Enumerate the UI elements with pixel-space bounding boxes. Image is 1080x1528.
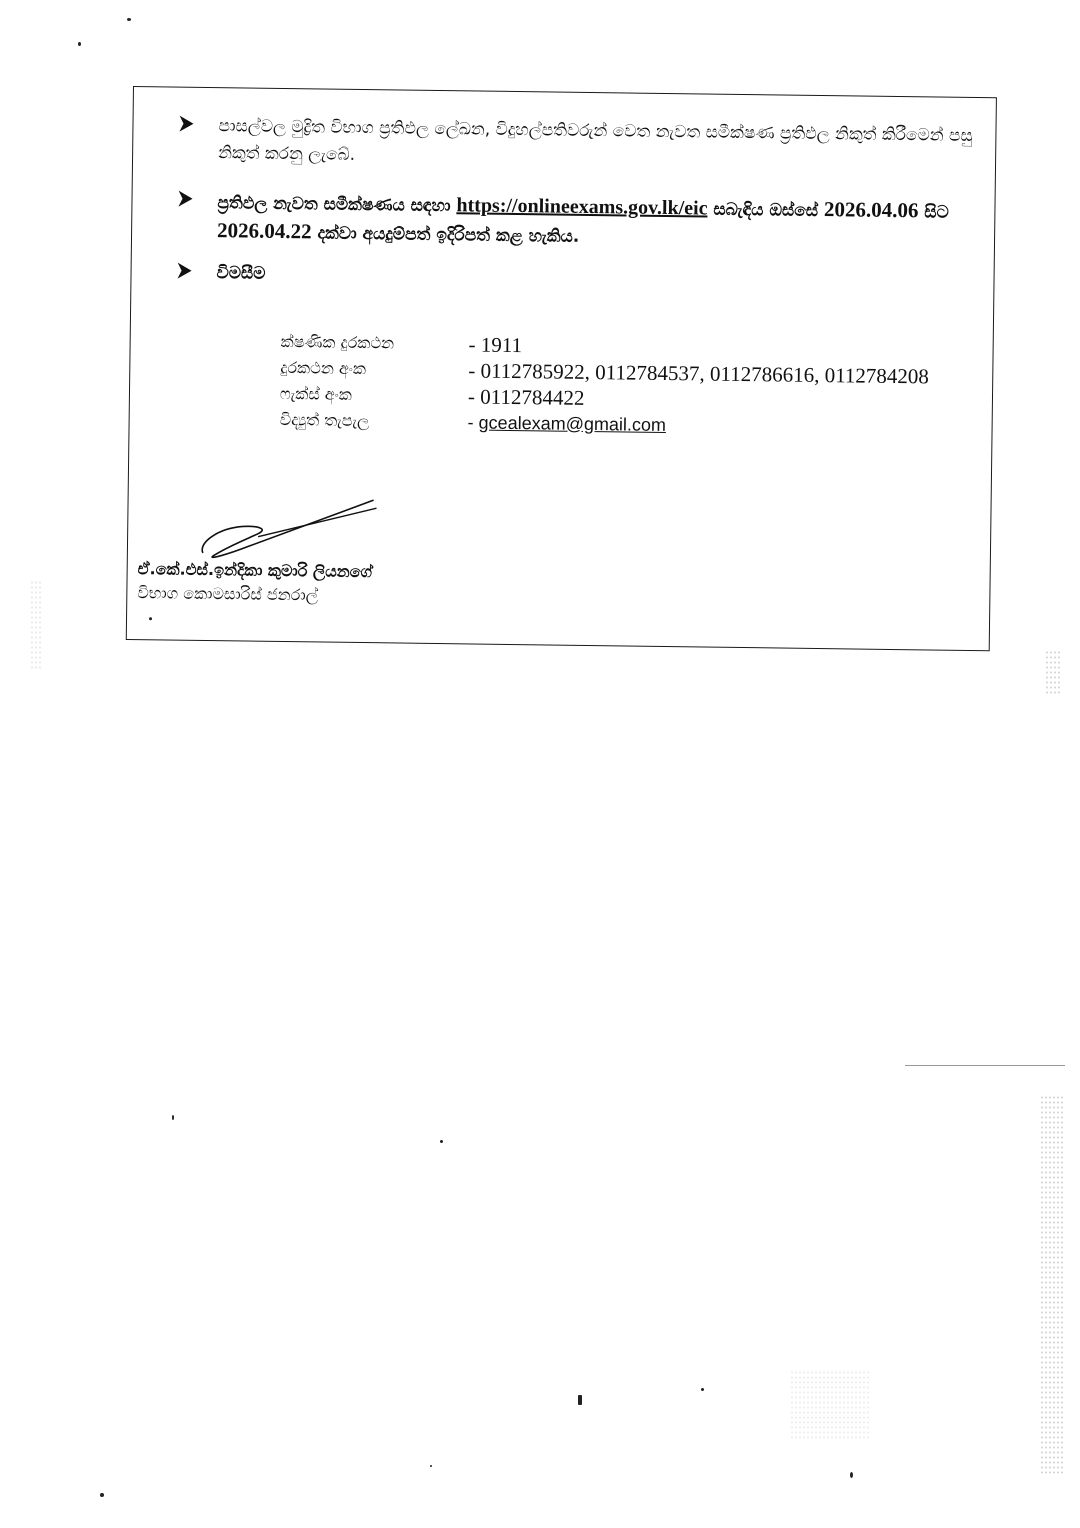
scan-noise xyxy=(30,580,42,670)
contact-value: - 1911 xyxy=(468,332,522,358)
arrow-bullet-icon xyxy=(178,115,194,133)
bullet-text-part: ප්‍රතිඵල නැවත සමීක්ෂණය සඳහා xyxy=(217,193,456,216)
scan-speck xyxy=(578,1395,582,1405)
scan-speck xyxy=(850,1472,853,1478)
arrow-bullet-icon xyxy=(176,262,192,280)
contact-list: ක්ෂණික දුරකථන - 1911 දුරකථන අංක - 011278… xyxy=(279,329,929,441)
scan-noise xyxy=(1040,1095,1065,1475)
start-date: 2026.04.06 xyxy=(824,197,919,222)
scan-line xyxy=(905,1065,1065,1066)
scan-speck xyxy=(149,617,152,620)
scan-noise xyxy=(790,1370,870,1440)
scan-speck xyxy=(701,1388,704,1391)
bullet-item-recorrection: ප්‍රතිඵල නැවත සමීක්ෂණය සඳහා https://onli… xyxy=(177,188,993,257)
contact-label: විද්‍යුත් තැපැල xyxy=(280,410,468,432)
scan-speck xyxy=(172,1115,174,1120)
arrow-bullet-icon xyxy=(177,190,193,208)
contact-value: - gcealexam@gmail.com xyxy=(467,412,666,436)
bullet-text-part: සිට xyxy=(918,202,949,222)
bullet-text: පාසල්වල මුද්‍රිත විභාග ප්‍රතිඵල ලේඛන, වි… xyxy=(218,113,994,177)
contact-label: දුරකථන අංක xyxy=(280,358,468,380)
scan-speck xyxy=(127,18,131,21)
scan-speck xyxy=(440,1140,443,1143)
online-exams-link[interactable]: https://onlineexams.gov.lk/eic xyxy=(456,194,707,219)
bullet-item-inquiries: විමසීම xyxy=(176,260,991,298)
bullet-text-part: දක්වා අයදුම්පත් ඉදිරිපත් කළ හැකිය. xyxy=(311,223,579,247)
contact-label: ක්ෂණික දුරකථන xyxy=(281,332,469,354)
bullet-text-part: සබැඳිය ඔස්සේ xyxy=(707,200,824,222)
scan-noise xyxy=(1045,650,1060,695)
bullet-text: ප්‍රතිඵල නැවත සමීක්ෂණය සඳහා https://onli… xyxy=(217,188,993,256)
email-prefix: - xyxy=(468,412,479,432)
scan-speck xyxy=(430,1465,432,1467)
end-date: 2026.04.22 xyxy=(217,218,312,243)
signer-name: ඒ.කේ.එස්.ඉන්දිකා කුමාරි ලියනගේ xyxy=(138,557,373,584)
scan-speck xyxy=(78,42,81,46)
signer-block: ඒ.කේ.එස්.ඉන්දිකා කුමාරි ලියනගේ විභාග කොම… xyxy=(137,557,372,608)
inquiries-heading: විමසීම xyxy=(216,260,991,297)
signature-image xyxy=(198,488,379,565)
contact-label: ෆැක්ස් අංක xyxy=(280,384,468,406)
bullet-item-printed-results: පාසල්වල මුද්‍රිත විභාග ප්‍රතිඵල ලේඛන, වි… xyxy=(178,113,994,178)
scan-speck xyxy=(100,1493,104,1497)
email-address-link[interactable]: gcealexam@gmail.com xyxy=(478,412,666,434)
signer-title: විභාග කොමසාරිස් ජනරාල් xyxy=(137,581,372,608)
contact-value: - 0112784422 xyxy=(468,384,585,411)
notice-box: පාසල්වල මුද්‍රිත විභාග ප්‍රතිඵල ලේඛන, වි… xyxy=(126,86,997,651)
